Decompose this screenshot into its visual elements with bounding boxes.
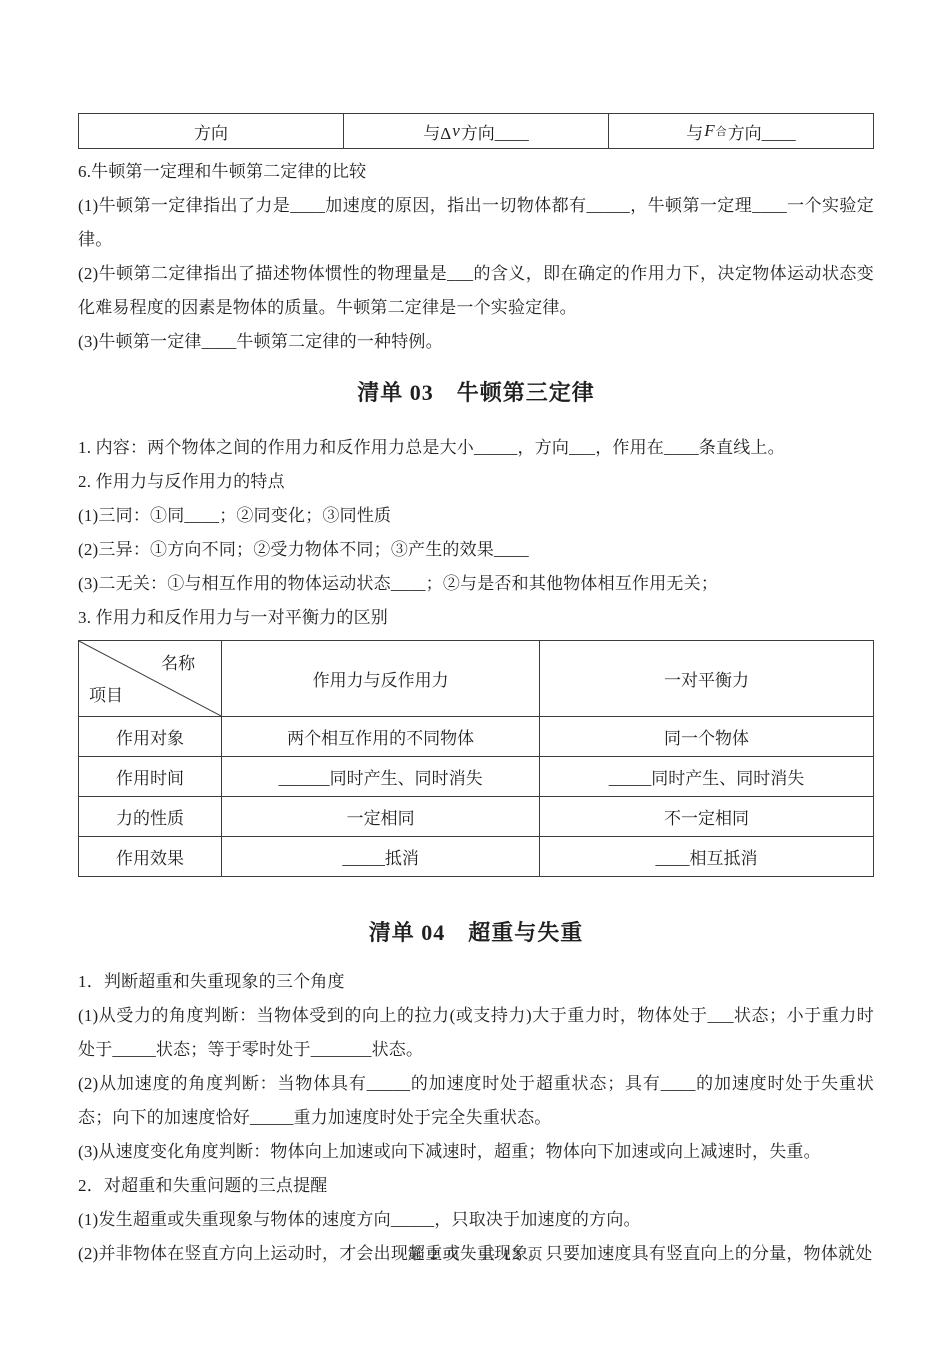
feature-same: (1)三同：①同____；②同变化；③同性质 (78, 499, 874, 533)
row-header: 作用对象 (79, 717, 222, 757)
judge-angle-velocity-change: (3)从速度变化角度判断：物体向上加速或向下减速时，超重；物体向下加速或向上减速… (78, 1135, 874, 1169)
compare-laws-item3: (3)牛顿第一定律____牛顿第二定律的一种特例。 (78, 325, 874, 359)
row-header: 作用效果 (79, 837, 222, 877)
column-header-balanced-pair: 一对平衡力 (540, 641, 874, 717)
table-cell: 两个相互作用的不同物体 (222, 717, 540, 757)
balance-comparison-table: 名称 项目 作用力与反作用力 一对平衡力 作用对象 两个相互作用的不同物体 同一… (78, 640, 874, 877)
force-variable: F (703, 121, 715, 141)
velocity-variable: v (451, 121, 461, 141)
delta-v-pre: 与Δ (423, 119, 451, 144)
delta-v-post: 方向____ (461, 119, 529, 144)
table-cell: 不一定相同 (540, 797, 874, 837)
section-heading-list03: 清单 03 牛顿第三定律 (78, 377, 874, 409)
page-content: 方向 与Δv 方向____ 与F合方向____ 6.牛顿第一定理和牛顿第二定律的… (78, 113, 874, 1271)
table-cell: 一定相同 (222, 797, 540, 837)
force-subscript: 合 (716, 123, 728, 139)
table-row: 作用效果 _____抵消 ____相互抵消 (79, 837, 874, 877)
compare-laws-item1: (1)牛顿第一定律指出了力是____加速度的原因，指出一切物体都有_____，牛… (78, 189, 874, 257)
reminders-title: 2．对超重和失重问题的三点提醒 (78, 1169, 874, 1203)
diagonal-corner-cell: 名称 项目 (79, 641, 222, 717)
table-cell: 同一个物体 (540, 717, 874, 757)
feature-different: (2)三异：①方向不同；②受力物体不同；③产生的效果____ (78, 533, 874, 567)
section-heading-list04: 清单 04 超重与失重 (78, 917, 874, 949)
table-cell: ______同时产生、同时消失 (222, 757, 540, 797)
balance-table-title: 3. 作用力和反作用力与一对平衡力的区别 (78, 601, 874, 635)
net-force-pre: 与 (686, 119, 703, 144)
table-cell: ____相互抵消 (540, 837, 874, 877)
feature-unrelated: (3)二无关：①与相互作用的物体运动状态____；②与是否和其他物体相互作用无关… (78, 567, 874, 601)
judge-angle-acceleration: (2)从加速度的角度判断：当物体具有_____的加速度时处于超重状态；具有___… (78, 1067, 874, 1135)
compare-laws-item2: (2)牛顿第二定律指出了描述物体惯性的物理量是___的含义，即在确定的作用力下，… (78, 257, 874, 325)
table-cell: _____抵消 (222, 837, 540, 877)
judge-angle-force: (1)从受力的角度判断：当物体受到的向上的拉力(或支持力)大于重力时，物体处于_… (78, 999, 874, 1067)
net-force-direction-cell: 与F合方向____ (609, 114, 873, 148)
table-header-row: 名称 项目 作用力与反作用力 一对平衡力 (79, 641, 874, 717)
document-page: { "top_table": { "col1": "方向", "col2_pre… (0, 0, 952, 1347)
direction-comparison-table: 方向 与Δv 方向____ 与F合方向____ (78, 113, 874, 149)
third-law-content: 1. 内容：两个物体之间的作用力和反作用力总是大小_____，方向___，作用在… (78, 431, 874, 465)
features-title: 2. 作用力与反作用力的特点 (78, 465, 874, 499)
reminder-velocity-direction: (1)发生超重或失重现象与物体的速度方向_____，只取决于加速度的方向。 (78, 1203, 874, 1237)
row-header: 作用时间 (79, 757, 222, 797)
page-number-footer: 第 2 页 / 共 12 页 (0, 1243, 952, 1264)
judge-angles-title: 1．判断超重和失重现象的三个角度 (78, 965, 874, 999)
net-force-post: 方向____ (728, 119, 796, 144)
corner-label-item: 项目 (89, 681, 123, 706)
corner-label-name: 名称 (161, 649, 195, 674)
table-row: 作用对象 两个相互作用的不同物体 同一个物体 (79, 717, 874, 757)
table-row: 作用时间 ______同时产生、同时消失 _____同时产生、同时消失 (79, 757, 874, 797)
delta-v-direction-cell: 与Δv 方向____ (344, 114, 609, 148)
table-cell: _____同时产生、同时消失 (540, 757, 874, 797)
row-header: 力的性质 (79, 797, 222, 837)
direction-row-header: 方向 (79, 114, 344, 148)
column-header-action-reaction: 作用力与反作用力 (222, 641, 540, 717)
table-row: 力的性质 一定相同 不一定相同 (79, 797, 874, 837)
compare-laws-heading: 6.牛顿第一定理和牛顿第二定律的比较 (78, 155, 874, 189)
